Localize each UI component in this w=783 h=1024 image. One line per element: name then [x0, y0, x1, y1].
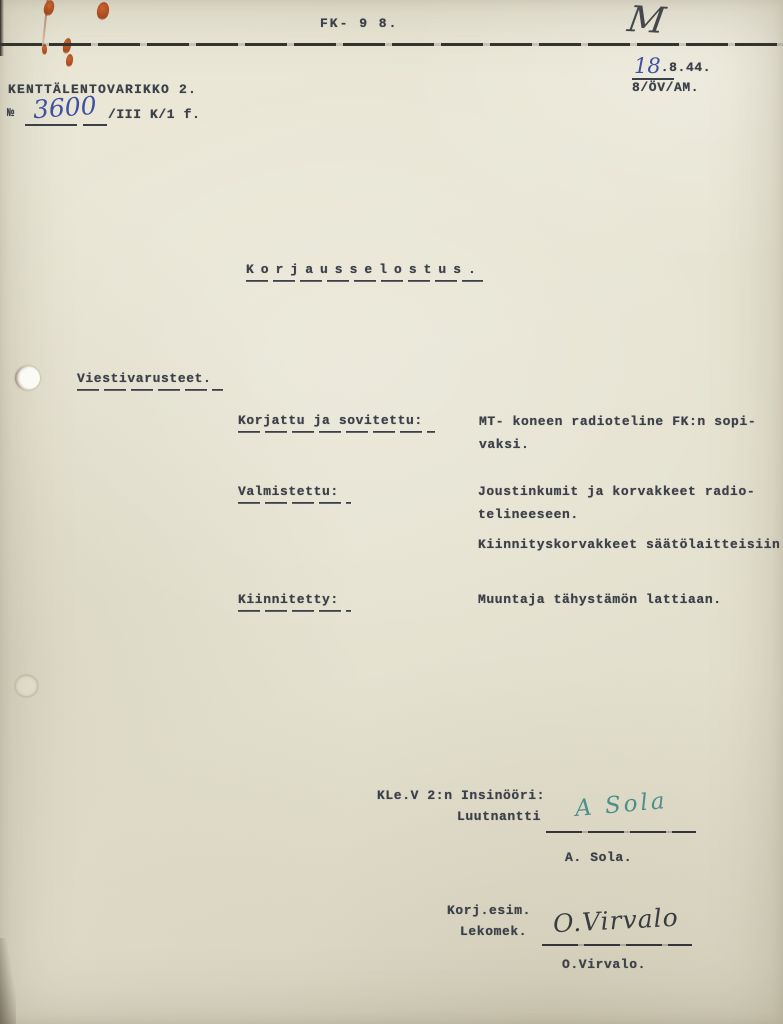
number-blank-line [83, 124, 107, 126]
section-heading: Viestivarusteet. [77, 371, 223, 391]
page-edge-shadow-top-left [0, 0, 4, 56]
signer-role-line1: KLe.V 2:n Insinööri: [377, 788, 545, 804]
rust-stain [96, 1, 111, 21]
entry-value-line: Joustinkumit ja korvakkeet radio- [478, 484, 755, 500]
dashed-divider-line [0, 43, 783, 46]
entry-value-line: vaksi. [479, 437, 529, 453]
entry-value-line: Muuntaja tähystämön lattiaan. [478, 592, 722, 608]
signer-role-line1: Korj.esim. [447, 903, 531, 919]
entry-label-korjattu: Korjattu ja sovitettu: [238, 413, 435, 433]
handwritten-document-number: 3600 [32, 91, 97, 124]
signer-role-line2: Luutnantti [457, 809, 541, 825]
form-code: FK- 9 8. [320, 16, 398, 32]
handwritten-date-day: 18 [634, 54, 661, 78]
reference-code: 8/ÖV/AM. [632, 80, 699, 96]
document-title: Korjausselostus. [246, 262, 483, 282]
signer-role-line2: Lekomek. [460, 924, 527, 940]
punch-hole-impression [14, 674, 39, 698]
page-edge-shadow-bottom-left [0, 938, 16, 1024]
number-blank-line [25, 124, 77, 126]
rust-stain [65, 54, 74, 68]
typed-date: .8.44. [661, 60, 711, 75]
entry-value-line: Kiinnityskorvakkeet säätölaitteisiin. [478, 537, 783, 553]
entry-value-line: MT- koneen radioteline FK:n sopi- [479, 414, 756, 430]
rust-stain [42, 44, 47, 55]
signature-line [546, 831, 696, 833]
handwritten-signature-sola: A Sola [574, 788, 669, 822]
typed-signer-name: A. Sola. [565, 850, 632, 866]
punch-hole [15, 366, 40, 390]
rust-stain [61, 37, 72, 54]
handwritten-corner-mark: M [625, 0, 668, 42]
entry-label-valmistettu: Valmistettu: [238, 484, 351, 504]
rust-stain [42, 0, 56, 17]
entry-value-line: telineeseen. [478, 507, 579, 523]
date-line: 18.8.44. [634, 54, 711, 78]
signature-line [542, 944, 692, 946]
number-suffix: /III K/1 f. [108, 107, 200, 123]
number-symbol: № [7, 106, 15, 121]
entry-label-kiinnitetty: Kiinnitetty: [238, 592, 351, 612]
handwritten-signature-virvalo: O.Virvalo [552, 903, 679, 939]
typed-signer-name: O.Virvalo. [562, 957, 646, 973]
scanned-document-page: FK- 9 8. M 18.8.44. 8/ÖV/AM. KENTTÄLENTO… [0, 0, 783, 1024]
